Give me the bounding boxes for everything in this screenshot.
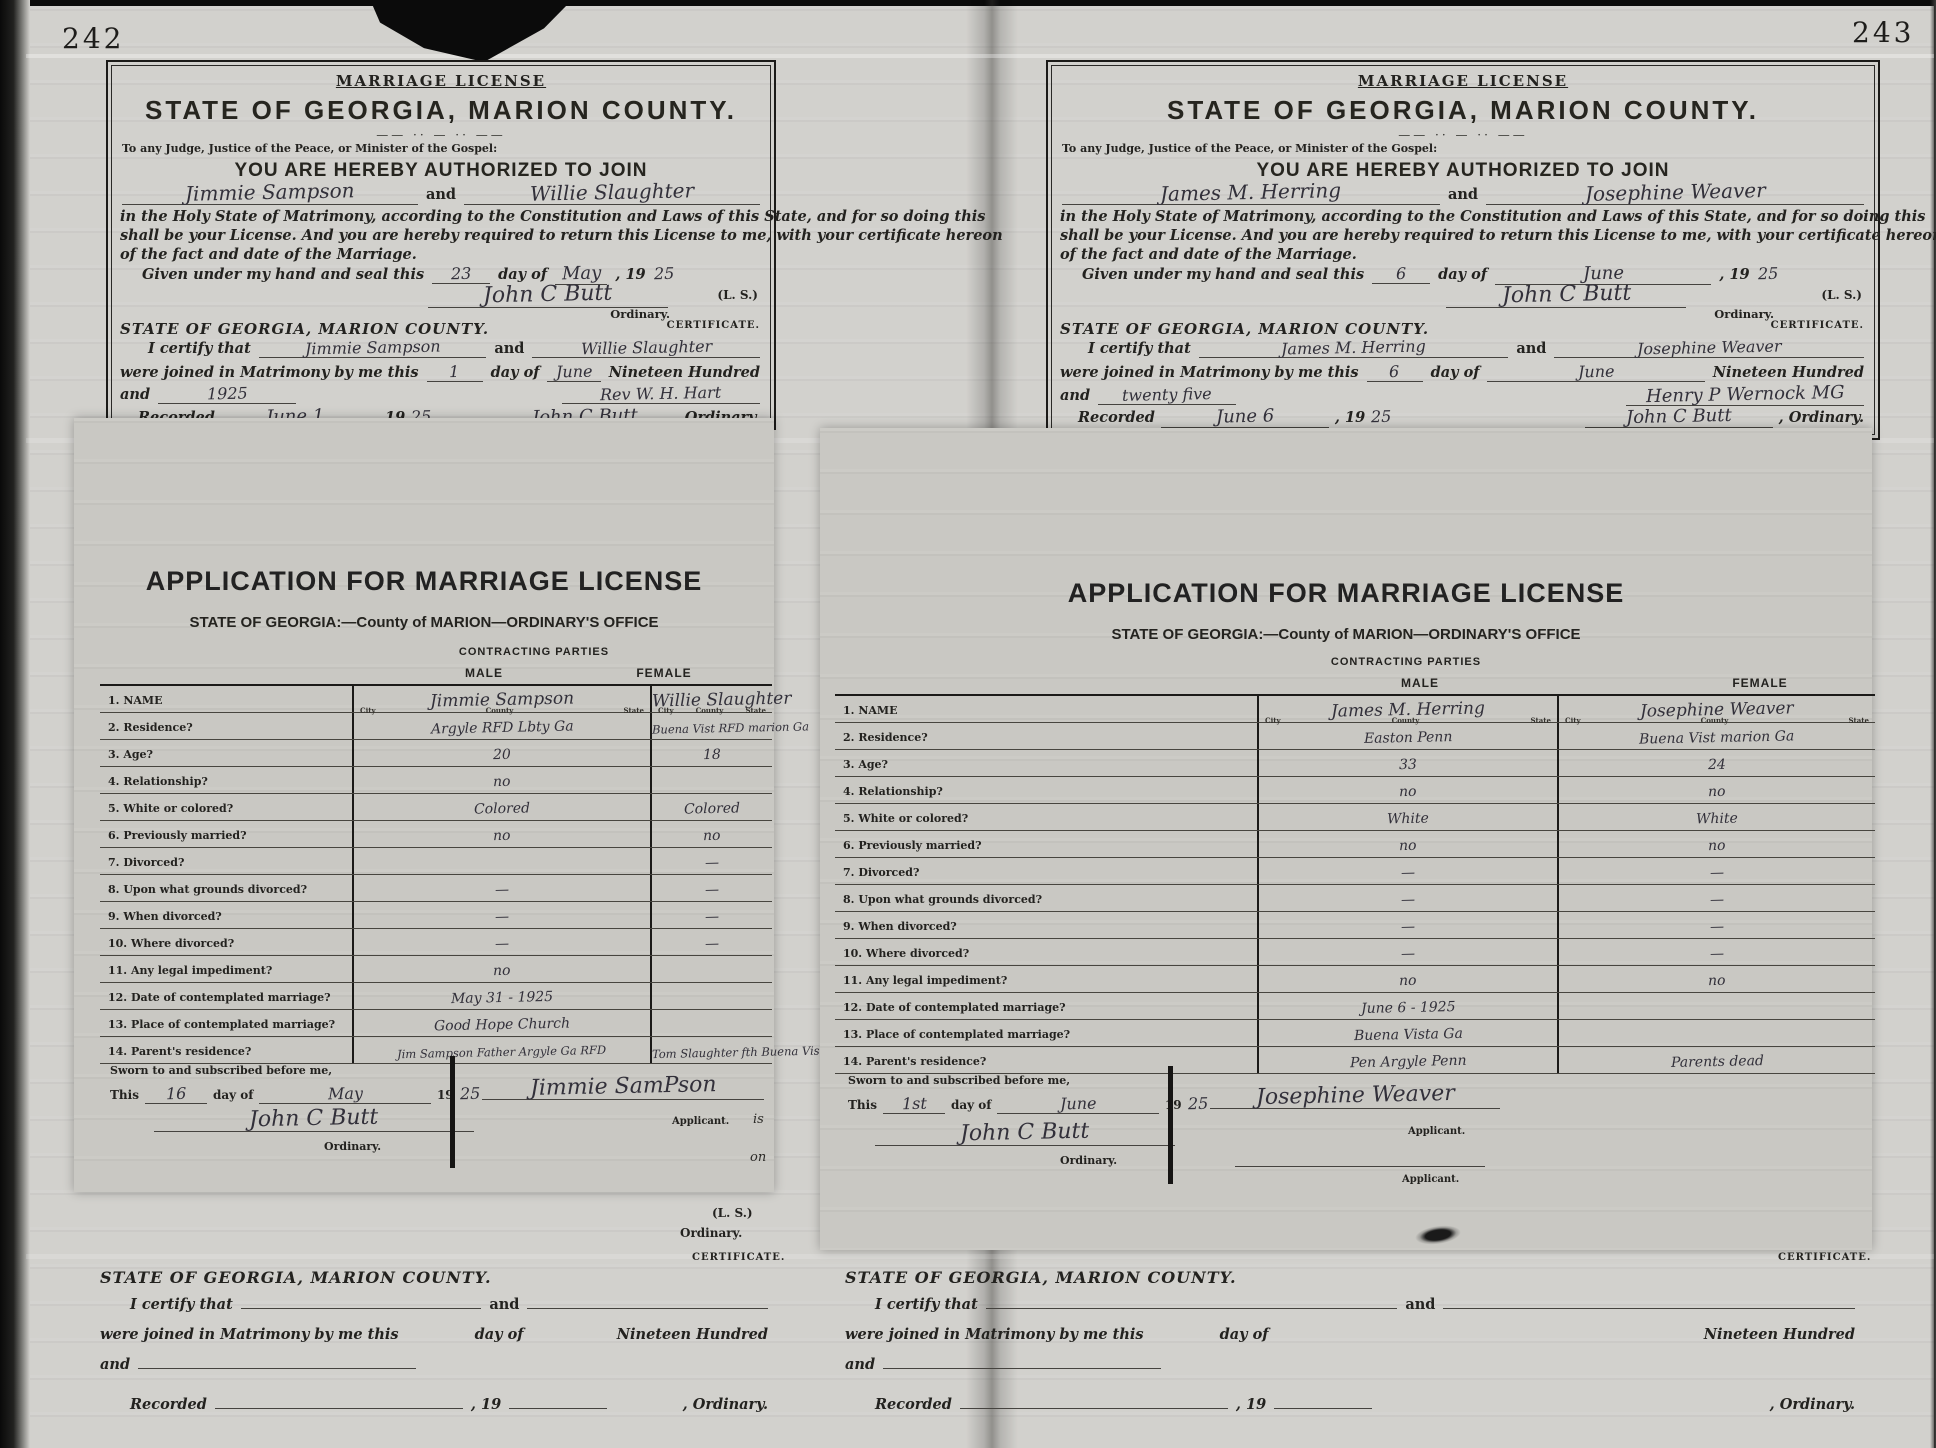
female-cell: CityCountyState Buena Vist RFD marion Ga [650, 713, 772, 739]
table-row: 7. Divorced? — — [835, 858, 1875, 885]
certificate-label: CERTIFICATE. [1778, 1252, 1871, 1263]
female-cell: — [650, 902, 772, 928]
table-row: 10. Where divorced? — — [835, 939, 1875, 966]
female-cell: — [650, 875, 772, 901]
marginalia-is: is [753, 1112, 764, 1127]
names-line: Jimmie Sampson and Willie Slaughter [122, 180, 760, 205]
row-label: 3. Age? [835, 750, 1257, 776]
blank-field [138, 1368, 416, 1369]
row-label: 5. White or colored? [100, 794, 352, 820]
sworn-month: June [1060, 1094, 1097, 1114]
salutation: To any Judge, Justice of the Peace, or M… [1062, 142, 1437, 155]
table-row: 10. Where divorced? — — [100, 929, 772, 956]
male-cell: White [1257, 804, 1557, 830]
table-row: 12. Date of contemplated marriage? June … [835, 993, 1875, 1020]
row-label: 14. Parent's residence? [100, 1037, 352, 1063]
row-label: 9. When divorced? [100, 902, 352, 928]
female-cell: — [1557, 858, 1875, 884]
joined-line: were joined in Matrimony by me this day … [845, 1326, 1855, 1343]
row-label: 3. Age? [100, 740, 352, 766]
cert-bride: Willie Slaughter [580, 337, 712, 359]
day-of-label: day of [1438, 266, 1487, 283]
male-cell: Jim Sampson Father Argyle Ga RFD [352, 1037, 650, 1063]
scanned-marriage-register: 242 243 MARRIAGE LICENSE STATE OF GEORGI… [0, 0, 1936, 1448]
table-row: 4. Relationship? no [100, 767, 772, 794]
cert-bride: Josephine Weaver [1637, 336, 1782, 358]
joined-line: were joined in Matrimony by me this 6 da… [1060, 362, 1864, 382]
male-value: no [1399, 973, 1417, 989]
male-column-header: MALE [1360, 676, 1480, 690]
row-label: 14. Parent's residence? [835, 1047, 1257, 1073]
recorded-signature-field: John C Butt [1585, 406, 1773, 428]
table-row: 11. Any legal impediment? no no [835, 966, 1875, 993]
female-cell: no [1557, 777, 1875, 803]
male-value: Argyle RFD Lbty Ga [431, 719, 574, 738]
ordinary-suffix: , Ordinary. [1779, 409, 1864, 426]
sworn-line: Sworn to and subscribed before me, [110, 1064, 332, 1077]
table-row: 6. Previously married? no no [835, 831, 1875, 858]
bride-name: Willie Slaughter [530, 178, 694, 205]
year-printed: , 19 [471, 1396, 501, 1413]
ordinary-label: Ordinary. [1714, 307, 1774, 321]
sworn-day: 1st [901, 1094, 926, 1114]
female-value: 24 [1708, 757, 1726, 773]
male-value: Buena Vista Ga [1353, 1026, 1462, 1044]
and-word: and [494, 340, 524, 357]
certificate-state-heading: STATE OF GEORGIA, MARION COUNTY. [845, 1268, 1237, 1287]
application-subtitle: STATE OF GEORGIA:—County of MARION—ORDIN… [74, 614, 774, 631]
male-cell: no [1257, 831, 1557, 857]
male-value: June 6 - 1925 [1361, 999, 1456, 1017]
male-cell: — [352, 929, 650, 955]
page-right-edge [1930, 0, 1936, 1448]
row-label: 9. When divorced? [835, 912, 1257, 938]
table-row: 14. Parent's residence? Jim Sampson Fath… [100, 1037, 772, 1064]
female-value: — [705, 936, 719, 952]
male-value: — [1401, 865, 1415, 881]
cert-month: June [556, 362, 593, 382]
sworn-ordinary-signature-field: John C Butt [154, 1106, 474, 1132]
seal-day: 6 [1396, 264, 1407, 283]
seal-day-field: 23 [432, 264, 490, 284]
joined-label: were joined in Matrimony by me this [120, 364, 419, 381]
city-label: City [1265, 716, 1281, 725]
names-line: James M. Herring and Josephine Weaver [1062, 180, 1864, 205]
female-cell: CityCountyState Buena Vist marion Ga [1557, 723, 1875, 749]
bride-name-field: Josephine Weaver [1486, 180, 1864, 205]
male-value: May 31 - 1925 [451, 989, 553, 1007]
i-certify-line: I certify that and [130, 1296, 768, 1313]
table-row: 2. Residence? CityCountyState Easton Pen… [835, 723, 1875, 750]
male-value: no [493, 828, 511, 844]
female-cell: — [1557, 939, 1875, 965]
sworn-ordinary-signature: John C Butt [960, 1119, 1090, 1147]
and-word: and [489, 1296, 519, 1313]
state-label: State [1848, 716, 1869, 725]
sworn-day: 16 [166, 1084, 187, 1103]
row-label: 7. Divorced? [100, 848, 352, 874]
state-heading: STATE OF GEORGIA, MARION COUNTY. [108, 95, 774, 126]
city-label: City [658, 706, 674, 715]
joined-line: were joined in Matrimony by me this day … [100, 1326, 768, 1343]
female-cell [650, 956, 772, 982]
female-cell: Tom Slaughter fth Buena Vist RFD [650, 1037, 772, 1063]
bride-name: Josephine Weaver [1584, 178, 1765, 206]
ordinary-label: Ordinary. [680, 1226, 742, 1240]
male-value: — [1401, 892, 1415, 908]
blank-field [1443, 1308, 1855, 1309]
and-label: and [845, 1356, 875, 1373]
state-label: State [1530, 716, 1551, 725]
certificate-state-heading: STATE OF GEORGIA, MARION COUNTY. [1060, 320, 1429, 338]
cert-day-field: 6 [1367, 362, 1423, 382]
applicant-label: Applicant. [1408, 1126, 1465, 1137]
female-cell [650, 1010, 772, 1036]
blank-field [960, 1408, 1228, 1409]
i-certify-label: I certify that [148, 340, 251, 357]
male-cell: Buena Vista Ga [1257, 1020, 1557, 1046]
day-of-label: day of [1431, 364, 1480, 381]
row-label: 12. Date of contemplated marriage? [100, 983, 352, 1009]
female-value: no [1708, 973, 1726, 989]
row-label: 4. Relationship? [100, 767, 352, 793]
male-cell: no [1257, 966, 1557, 992]
row-label: 1. NAME [100, 686, 352, 712]
city-label: City [1565, 716, 1581, 725]
cert-year-field: twenty five [1098, 385, 1236, 405]
marginalia-on: on [750, 1150, 766, 1165]
ordinary-label: Ordinary. [1060, 1154, 1117, 1167]
state-heading: STATE OF GEORGIA, MARION COUNTY. [1048, 95, 1878, 126]
male-cell: CityCountyState Argyle RFD Lbty Ga [352, 713, 650, 739]
row-label: 5. White or colored? [835, 804, 1257, 830]
cert-groom-field: James M. Herring [1199, 338, 1509, 358]
application-table: 1. NAME Jimmie Sampson Willie Slaughter … [100, 684, 772, 1064]
cert-year: 1925 [207, 384, 248, 404]
recorded-line: Recorded , 19 , Ordinary. [875, 1396, 1855, 1413]
and-year-line: and [100, 1356, 768, 1373]
application-title: APPLICATION FOR MARRIAGE LICENSE [74, 566, 774, 597]
male-value: Pen Argyle Penn [1350, 1053, 1467, 1071]
applicant-signature: Josephine Weaver [1255, 1081, 1454, 1110]
female-cell [1557, 993, 1875, 1019]
applicant-signature-field: Jimmie SamPson [482, 1074, 764, 1100]
row-label: 1. NAME [835, 696, 1257, 722]
female-value: — [705, 909, 719, 925]
male-cell: 20 [352, 740, 650, 766]
ornament: —— ·· — ·· —— [1048, 128, 1878, 142]
year-printed: , 19 [615, 266, 645, 283]
male-cell: CityCountyState Easton Penn [1257, 723, 1557, 749]
table-row: 13. Place of contemplated marriage? Buen… [835, 1020, 1875, 1047]
row-label: 6. Previously married? [100, 821, 352, 847]
cert-month-field: June [547, 362, 600, 382]
recorded-label: Recorded [1078, 409, 1155, 426]
male-column-header: MALE [424, 666, 544, 680]
application-sheet-right: APPLICATION FOR MARRIAGE LICENSE STATE O… [820, 428, 1872, 1250]
blank-field [215, 1408, 463, 1409]
row-label: 6. Previously married? [835, 831, 1257, 857]
row-label: 10. Where divorced? [100, 929, 352, 955]
row-label: 7. Divorced? [835, 858, 1257, 884]
ordinary-signature: John C Butt [483, 281, 613, 309]
nineteen-hundred-label: Nineteen Hundred [609, 364, 760, 381]
male-cell: — [352, 875, 650, 901]
nineteen-hundred-label: Nineteen Hundred [1713, 364, 1864, 381]
and-label: and [1060, 387, 1090, 404]
state-label: State [623, 706, 644, 715]
recorded-date-field: June 6 [1161, 406, 1329, 428]
female-value: — [705, 855, 719, 871]
cert-bride-field: Josephine Weaver [1554, 338, 1864, 358]
male-value: 33 [1399, 757, 1417, 773]
sworn-year: 25 [1187, 1094, 1208, 1113]
female-cell: — [1557, 885, 1875, 911]
male-value: — [495, 936, 509, 952]
row-label: 13. Place of contemplated marriage? [100, 1010, 352, 1036]
male-value: — [495, 882, 509, 898]
female-value: Buena Vist marion Ga [1639, 728, 1795, 747]
male-value: Colored [474, 800, 530, 817]
body-line-2: shall be your License. And you are hereb… [1060, 227, 1868, 244]
cert-bride-field: Willie Slaughter [532, 338, 760, 358]
female-cell: no [1557, 831, 1875, 857]
cert-year-field: 1925 [158, 384, 296, 404]
and-word: and [1405, 1296, 1435, 1313]
scan-streak [26, 54, 1934, 58]
ordinary-signature: John C Butt [1502, 281, 1632, 309]
i-certify-line: I certify that Jimmie Sampson and Willie… [148, 338, 760, 358]
female-value: Colored [684, 800, 740, 817]
male-cell: no [352, 767, 650, 793]
marriage-license-form-right: MARRIAGE LICENSE STATE OF GEORGIA, MARIO… [1046, 60, 1880, 440]
i-certify-label: I certify that [875, 1296, 978, 1313]
day-of-label: day of [498, 266, 547, 283]
female-value: 18 [703, 747, 721, 763]
applicant-label: Applicant. [1402, 1174, 1459, 1185]
row-label: 2. Residence? [100, 713, 352, 739]
minister-field: Rev W. H. Hart [562, 384, 760, 404]
groom-name-field: James M. Herring [1062, 180, 1440, 205]
female-cell: no [1557, 966, 1875, 992]
and-word: and [426, 186, 456, 203]
male-value: no [493, 774, 511, 790]
row-label: 11. Any legal impediment? [100, 956, 352, 982]
groom-name: James M. Herring [1160, 178, 1342, 206]
county-label: County [486, 706, 514, 715]
table-row: 8. Upon what grounds divorced? — — [835, 885, 1875, 912]
cert-day-field: 1 [427, 362, 483, 382]
recorded-line: Recorded June 6 , 1925 John C Butt , Ord… [1078, 406, 1864, 428]
table-row: 5. White or colored? White White [835, 804, 1875, 831]
male-value: 20 [493, 747, 511, 763]
blank-field [527, 1308, 768, 1309]
table-row: 11. Any legal impediment? no [100, 956, 772, 983]
city-county-state-labels: CityCountyState [658, 706, 766, 715]
ls-seal-label: (L. S.) [1821, 288, 1862, 302]
day-of-label: day of [213, 1088, 253, 1102]
male-cell [352, 848, 650, 874]
table-row: 12. Date of contemplated marriage? May 3… [100, 983, 772, 1010]
male-value: no [1399, 838, 1417, 854]
i-certify-line: I certify that James M. Herring and Jose… [1088, 338, 1864, 358]
blank-certificate-right: STATE OF GEORGIA, MARION COUNTY. I certi… [845, 1268, 1855, 1428]
row-label: 12. Date of contemplated marriage? [835, 993, 1257, 1019]
table-row: 5. White or colored? Colored Colored [100, 794, 772, 821]
contracting-parties-label: CONTRACTING PARTIES [1180, 656, 1632, 668]
female-column-header: FEMALE [604, 666, 724, 680]
seal-day: 23 [451, 264, 472, 283]
recorded-label: Recorded [875, 1396, 952, 1413]
male-value: Good Hope Church [434, 1016, 570, 1035]
salutation: To any Judge, Justice of the Peace, or M… [122, 142, 497, 155]
county-label: County [696, 706, 724, 715]
female-value: White [1696, 811, 1738, 828]
and-year-line: and twenty five Henry P Wernock MG [1060, 384, 1864, 406]
application-sheet-left: APPLICATION FOR MARRIAGE LICENSE STATE O… [74, 418, 774, 1192]
groom-name: Jimmie Sampson [185, 178, 355, 206]
row-label: 8. Upon what grounds divorced? [100, 875, 352, 901]
sworn-month-field: May [259, 1084, 430, 1104]
joined-label: were joined in Matrimony by me this [1060, 364, 1359, 381]
body-line-2: shall be your License. And you are hereb… [120, 227, 764, 244]
ordinary-label: Ordinary. [610, 307, 670, 321]
certificate-label: CERTIFICATE. [692, 1252, 785, 1263]
body-line-1: in the Holy State of Matrimony, accordin… [120, 208, 764, 225]
table-row: 14. Parent's residence? Pen Argyle Penn … [835, 1047, 1875, 1074]
male-cell: — [352, 902, 650, 928]
year-printed: , 19 [1335, 409, 1365, 426]
nineteen-hundred-label: Nineteen Hundred [617, 1326, 768, 1343]
blank-field [241, 1308, 482, 1309]
male-cell: — [1257, 912, 1557, 938]
table-row: 6. Previously married? no no [100, 821, 772, 848]
minister-field: Henry P Wernock MG [1626, 384, 1864, 406]
male-value: no [493, 963, 511, 979]
city-label: City [360, 706, 376, 715]
license-title: MARRIAGE LICENSE [1048, 72, 1878, 90]
female-value: Parents dead [1670, 1053, 1763, 1071]
recorded-label: Recorded [130, 1396, 207, 1413]
sworn-month: May [328, 1084, 363, 1104]
female-cell: — [1557, 912, 1875, 938]
sworn-ordinary-signature: John C Butt [249, 1105, 379, 1133]
female-cell: no [650, 821, 772, 847]
marriage-license-form-left: MARRIAGE LICENSE STATE OF GEORGIA, MARIO… [106, 60, 776, 430]
female-value: — [1710, 865, 1724, 881]
bride-name-field: Willie Slaughter [464, 180, 760, 205]
female-cell [650, 767, 772, 793]
female-cell: Colored [650, 794, 772, 820]
male-cell: no [352, 956, 650, 982]
male-cell: Colored [352, 794, 650, 820]
male-cell: Good Hope Church [352, 1010, 650, 1036]
i-certify-label: I certify that [1088, 340, 1191, 357]
applicant-signature-field: Josephine Weaver [1210, 1083, 1500, 1109]
row-label: 8. Upon what grounds divorced? [835, 885, 1257, 911]
sworn-day-field: 16 [145, 1084, 207, 1104]
contracting-parties-label: CONTRACTING PARTIES [354, 646, 714, 658]
female-cell [1557, 1020, 1875, 1046]
table-row: 9. When divorced? — — [100, 902, 772, 929]
table-row: 4. Relationship? no no [835, 777, 1875, 804]
female-column-header: FEMALE [1700, 676, 1820, 690]
sworn-month-field: June [997, 1094, 1158, 1114]
female-cell: White [1557, 804, 1875, 830]
seal-year: 25 [1757, 264, 1778, 283]
cert-month: June [1578, 362, 1615, 382]
body-line-3: of the fact and date of the Marriage. [120, 246, 764, 263]
table-row: 2. Residence? CityCountyState Argyle RFD… [100, 713, 772, 740]
ls-seal-label: (L. S.) [717, 288, 758, 302]
joined-line: were joined in Matrimony by me this 1 da… [120, 362, 760, 382]
female-cell: — [650, 848, 772, 874]
page-number-left: 242 [62, 22, 124, 55]
blank-field [986, 1308, 1398, 1309]
application-subtitle: STATE OF GEORGIA:—County of MARION—ORDIN… [820, 626, 1872, 643]
sworn-date-line: This 16 day of May 1925 [110, 1084, 480, 1104]
day-of-label: day of [491, 364, 540, 381]
joined-label: were joined in Matrimony by me this [100, 1326, 399, 1343]
and-year-line: and 1925 Rev W. H. Hart [120, 384, 760, 404]
male-value: — [495, 909, 509, 925]
cert-year: twenty five [1122, 384, 1212, 405]
female-value: no [703, 828, 721, 844]
day-of-label: day of [951, 1098, 991, 1112]
female-cell: 18 [650, 740, 772, 766]
cert-groom: Jimmie Sampson [305, 337, 441, 359]
sworn-ordinary-signature-field: John C Butt [875, 1120, 1175, 1146]
table-row: 7. Divorced? — [100, 848, 772, 875]
male-cell: June 6 - 1925 [1257, 993, 1557, 1019]
female-value: — [1710, 919, 1724, 935]
sworn-day-field: 1st [883, 1094, 945, 1114]
ornament: —— ·· — ·· —— [108, 128, 774, 142]
nineteen-hundred-label: Nineteen Hundred [1704, 1326, 1855, 1343]
scan-streak [26, 1254, 1934, 1259]
ordinary-label: Ordinary. [324, 1140, 381, 1153]
given-label: Given under my hand and seal this [1082, 266, 1364, 283]
divider-bar [450, 1056, 455, 1168]
female-value: no [1708, 784, 1726, 800]
female-cell: — [650, 929, 772, 955]
given-label: Given under my hand and seal this [142, 266, 424, 283]
and-label: and [100, 1356, 130, 1373]
i-certify-label: I certify that [130, 1296, 233, 1313]
male-cell: — [1257, 885, 1557, 911]
applicant-signature: Jimmie SamPson [529, 1072, 716, 1101]
female-cell [650, 983, 772, 1009]
row-label: 13. Place of contemplated marriage? [835, 1020, 1257, 1046]
male-value: no [1399, 784, 1417, 800]
applicant-label: Applicant. [672, 1116, 729, 1127]
sworn-line: Sworn to and subscribed before me, [848, 1074, 1070, 1087]
male-cell: May 31 - 1925 [352, 983, 650, 1009]
and-word: and [1516, 340, 1546, 357]
ordinary-suffix: , Ordinary. [683, 1396, 768, 1413]
certificate-label: CERTIFICATE. [1771, 320, 1864, 331]
state-label: State [745, 706, 766, 715]
row-label: 4. Relationship? [835, 777, 1257, 803]
seal-year: 25 [653, 264, 674, 283]
this-label: This [110, 1088, 139, 1102]
divider-bar [1168, 1066, 1173, 1184]
blank-field [509, 1408, 607, 1409]
sworn-date-line: This 1st day of June 1925 [848, 1094, 1208, 1114]
table-row: 13. Place of contemplated marriage? Good… [100, 1010, 772, 1037]
certificate-state-heading: STATE OF GEORGIA, MARION COUNTY. [100, 1268, 492, 1287]
male-cell: no [1257, 777, 1557, 803]
